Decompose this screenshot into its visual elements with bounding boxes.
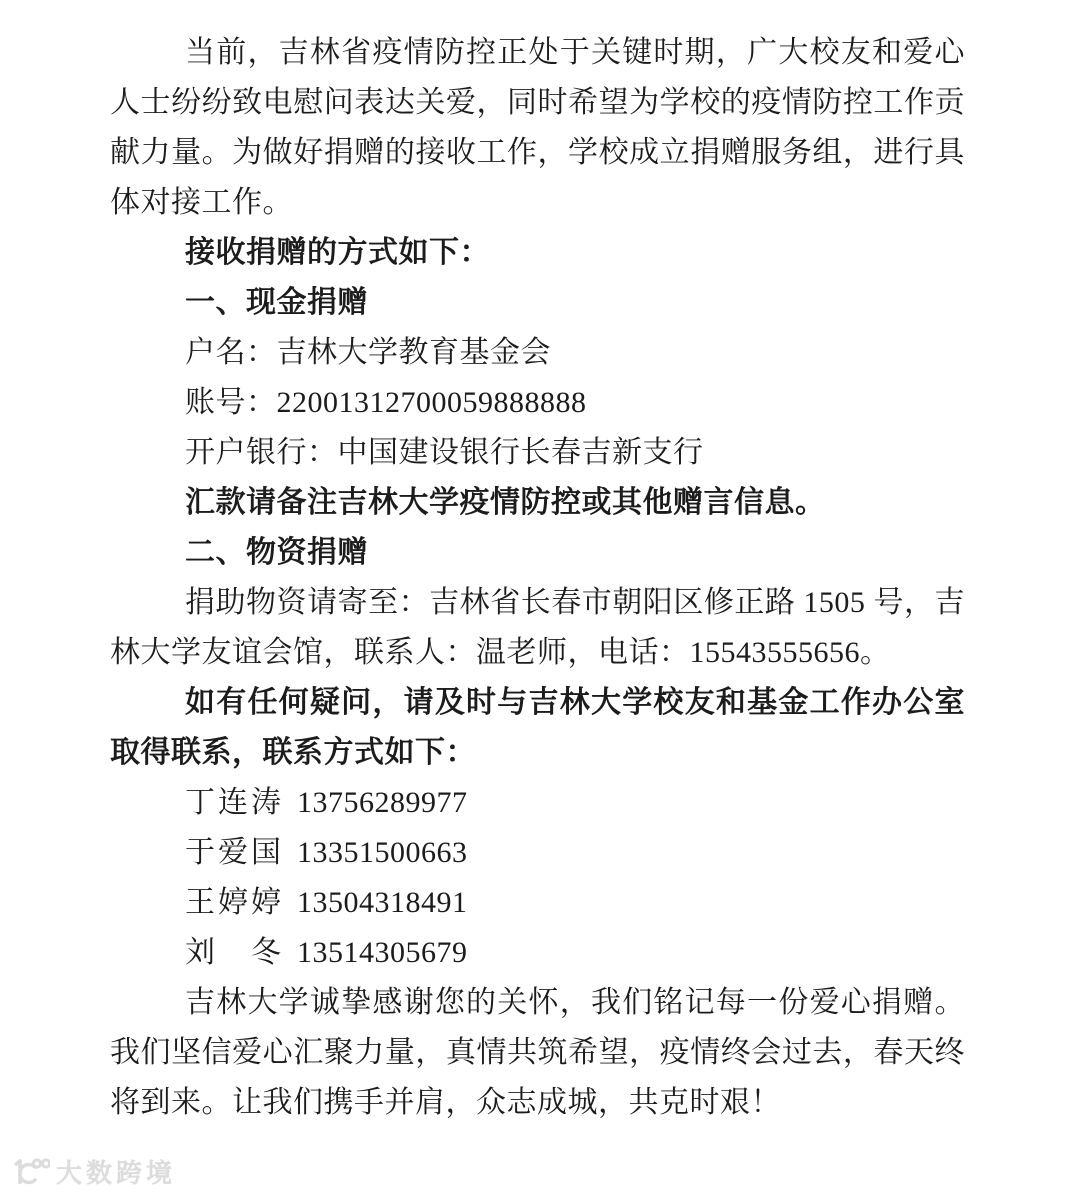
intro-paragraph: 当前，吉林省疫情防控正处于关键时期，广大校友和爱心人士纷纷致电慰问表达关爱，同时… <box>110 28 965 228</box>
donation-methods-heading: 接收捐赠的方式如下： <box>110 228 965 278</box>
contact-name: 于爱国 <box>185 828 297 878</box>
contact-phone: 13756289977 <box>297 778 468 828</box>
document-body: 当前，吉林省疫情防控正处于关键时期，广大校友和爱心人士纷纷致电慰问表达关爱，同时… <box>0 0 1080 1128</box>
contact-name: 刘 冬 <box>185 928 297 978</box>
contact-phone: 13504318491 <box>297 878 468 928</box>
material-donation-paragraph: 捐助物资请寄至：吉林省长春市朝阳区修正路 1505 号，吉林大学友谊会馆，联系人… <box>110 578 965 678</box>
contact-name: 王婷婷 <box>185 878 297 928</box>
contact-row: 丁连涛13756289977 <box>110 778 965 828</box>
contact-notice-paragraph: 如有任何疑问，请及时与吉林大学校友和基金工作办公室取得联系，联系方式如下： <box>110 678 965 778</box>
contact-row: 王婷婷13504318491 <box>110 878 965 928</box>
bank-line: 开户银行：中国建设银行长春吉新支行 <box>110 428 965 478</box>
contact-phone: 13514305679 <box>297 928 468 978</box>
watermark-logo-icon <box>10 1157 50 1187</box>
cash-donation-heading: 一、现金捐赠 <box>110 278 965 328</box>
watermark-text: 大数跨境 <box>56 1153 176 1190</box>
document-page: 当前，吉林省疫情防控正处于关键时期，广大校友和爱心人士纷纷致电慰问表达关爱，同时… <box>0 0 1080 1198</box>
contact-row: 刘 冬13514305679 <box>110 928 965 978</box>
account-name-line: 户名：吉林大学教育基金会 <box>110 328 965 378</box>
material-donation-heading: 二、物资捐赠 <box>110 528 965 578</box>
contact-name: 丁连涛 <box>185 778 297 828</box>
watermark: 大数跨境 <box>10 1153 176 1190</box>
contact-phone: 13351500663 <box>297 828 468 878</box>
account-number-line: 账号：22001312700059888888 <box>110 378 965 428</box>
remit-note-line: 汇款请备注吉林大学疫情防控或其他赠言信息。 <box>110 478 965 528</box>
contact-row: 于爱国13351500663 <box>110 828 965 878</box>
closing-paragraph: 吉林大学诚挚感谢您的关怀，我们铭记每一份爱心捐赠。我们坚信爱心汇聚力量，真情共筑… <box>110 978 965 1128</box>
